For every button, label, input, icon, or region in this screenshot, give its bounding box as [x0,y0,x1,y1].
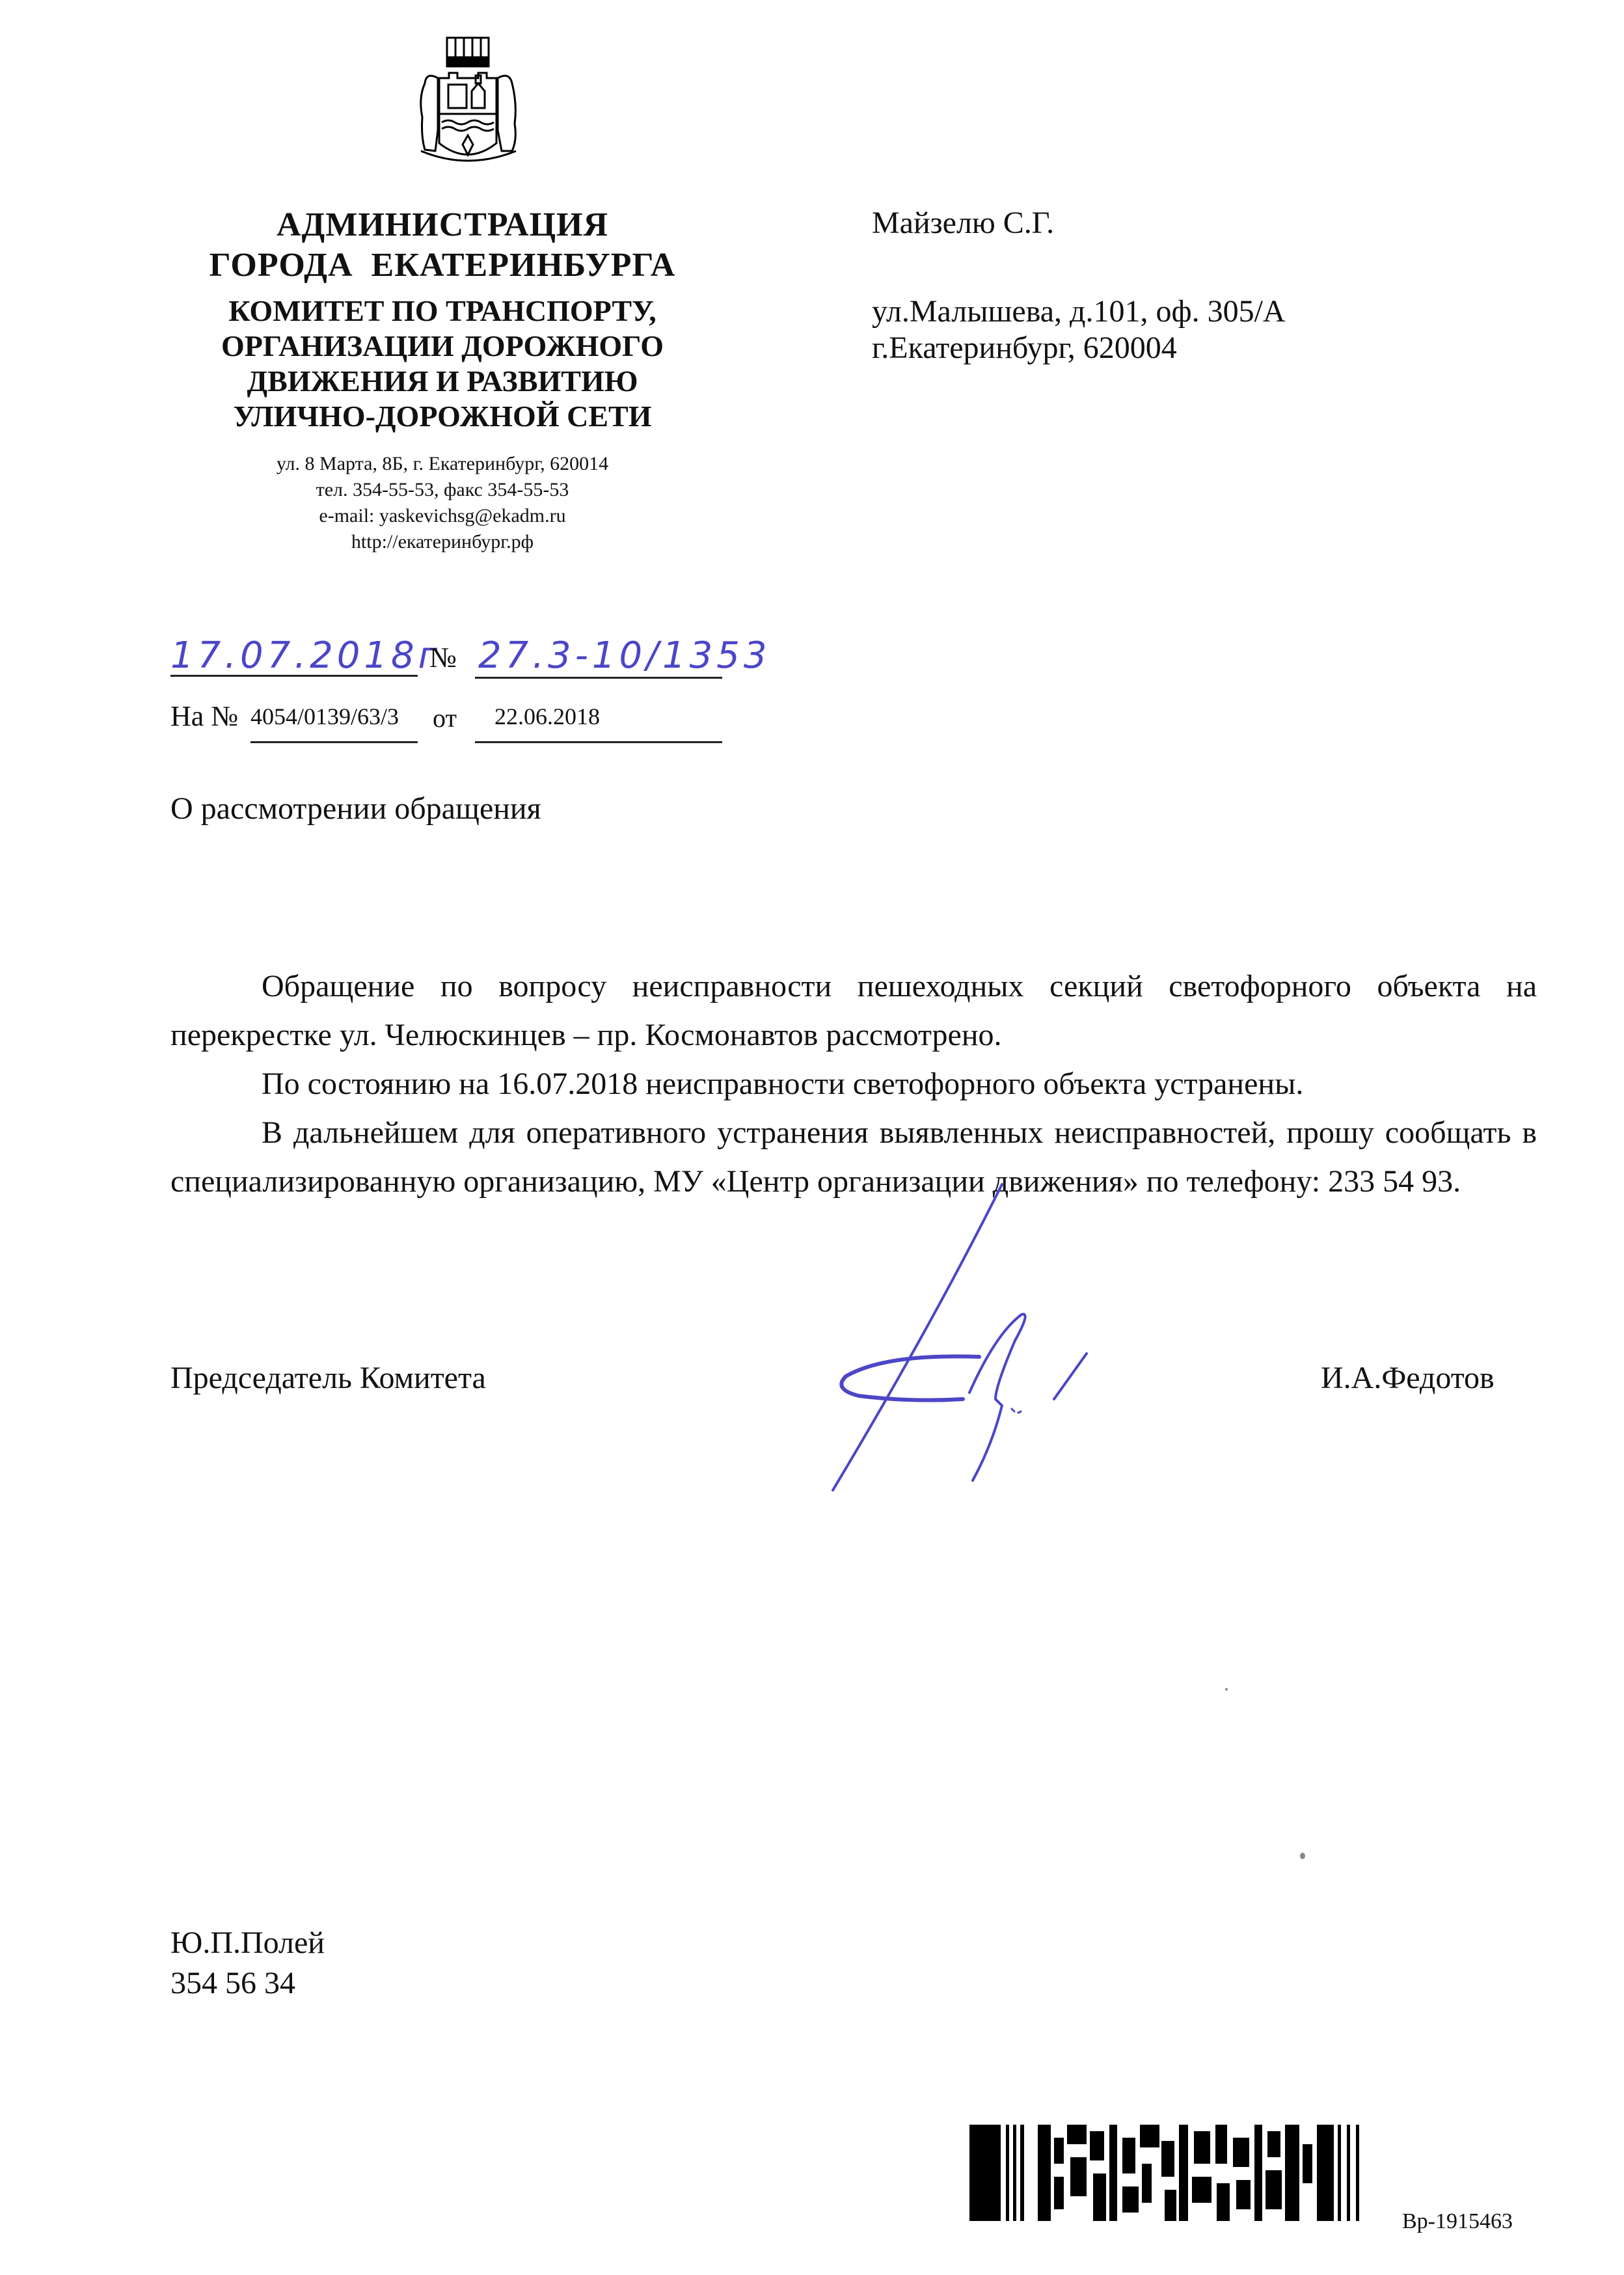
handwritten-date: 17.07.2018г [170,634,441,677]
letterhead: АДМИНИСТРАЦИЯ ГОРОДА ЕКАТЕРИНБУРГА КОМИТ… [150,205,735,555]
recipient-city: г.Екатеринбург, 620004 [872,330,1286,366]
org-title: АДМИНИСТРАЦИЯ ГОРОДА ЕКАТЕРИНБУРГА [150,205,735,286]
reply-number-underline [250,741,418,743]
recipient-block: Майзелю С.Г. ул.Малышева, д.101, оф. 305… [872,205,1286,366]
barcode-id: Вр-1915463 [1402,2209,1513,2234]
outgoing-date: 17.07.2018г [170,634,441,677]
email-link[interactable]: e-mail: yaskevichsg@ekadm.ru [150,503,735,529]
address: ул. 8 Марта, 8Б, г. Екатеринбург, 620014 [150,451,735,477]
letter-body: Обращение по вопросу неисправности пешех… [170,962,1537,1206]
recipient-name: Майзелю С.Г. [872,205,1286,241]
number-label: № [429,641,457,674]
reply-date-underline [475,741,722,743]
coat-of-arms-icon [387,33,550,169]
committee-line: УЛИЧНО-ДОРОЖНОЙ СЕТИ [150,399,735,434]
date-underline [170,675,418,677]
executor-phone: 354 56 34 [170,1963,325,2004]
signature-icon [807,1171,1171,1510]
reply-number: 4054/0139/63/3 [250,703,420,730]
committee-line: ОРГАНИЗАЦИИ ДОРОЖНОГО [150,329,735,364]
pdf417-barcode-icon [969,2125,1399,2221]
handwritten-number: 27.3-10/1353 [478,634,771,677]
number-underline [475,677,722,679]
committee-line: КОМИТЕТ ПО ТРАНСПОРТУ, [150,293,735,329]
phone-fax: тел. 354-55-53, факс 354-55-53 [150,477,735,503]
body-paragraph: Обращение по вопросу неисправности пешех… [170,962,1537,1059]
signatory-name: И.А.Федотов [1321,1360,1495,1396]
contact-info: ул. 8 Марта, 8Б, г. Екатеринбург, 620014… [150,451,735,555]
committee-name: КОМИТЕТ ПО ТРАНСПОРТУ, ОРГАНИЗАЦИИ ДОРОЖ… [150,293,735,434]
recipient-street: ул.Малышева, д.101, оф. 305/А [872,293,1286,330]
executor-name: Ю.П.Полей [170,1923,325,1963]
signatory-position: Председатель Комитета [170,1360,486,1396]
reply-label: На № [170,700,238,733]
subject-line: О рассмотрении обращения [170,791,541,826]
org-title-line: АДМИНИСТРАЦИЯ [150,205,735,245]
scan-speck [1300,1853,1305,1859]
executor-block: Ю.П.Полей 354 56 34 [170,1923,325,2004]
body-paragraph: По состоянию на 16.07.2018 неисправности… [170,1059,1537,1108]
scan-speck [1225,1688,1228,1691]
outgoing-number: 27.3-10/1353 [478,634,771,677]
reply-date: 22.06.2018 [494,703,600,730]
from-label: от [433,703,457,733]
committee-line: ДВИЖЕНИЯ И РАЗВИТИЮ [150,364,735,399]
org-title-line: ГОРОДА ЕКАТЕРИНБУРГА [150,245,735,286]
website-link[interactable]: http://екатеринбург.рф [150,529,735,555]
